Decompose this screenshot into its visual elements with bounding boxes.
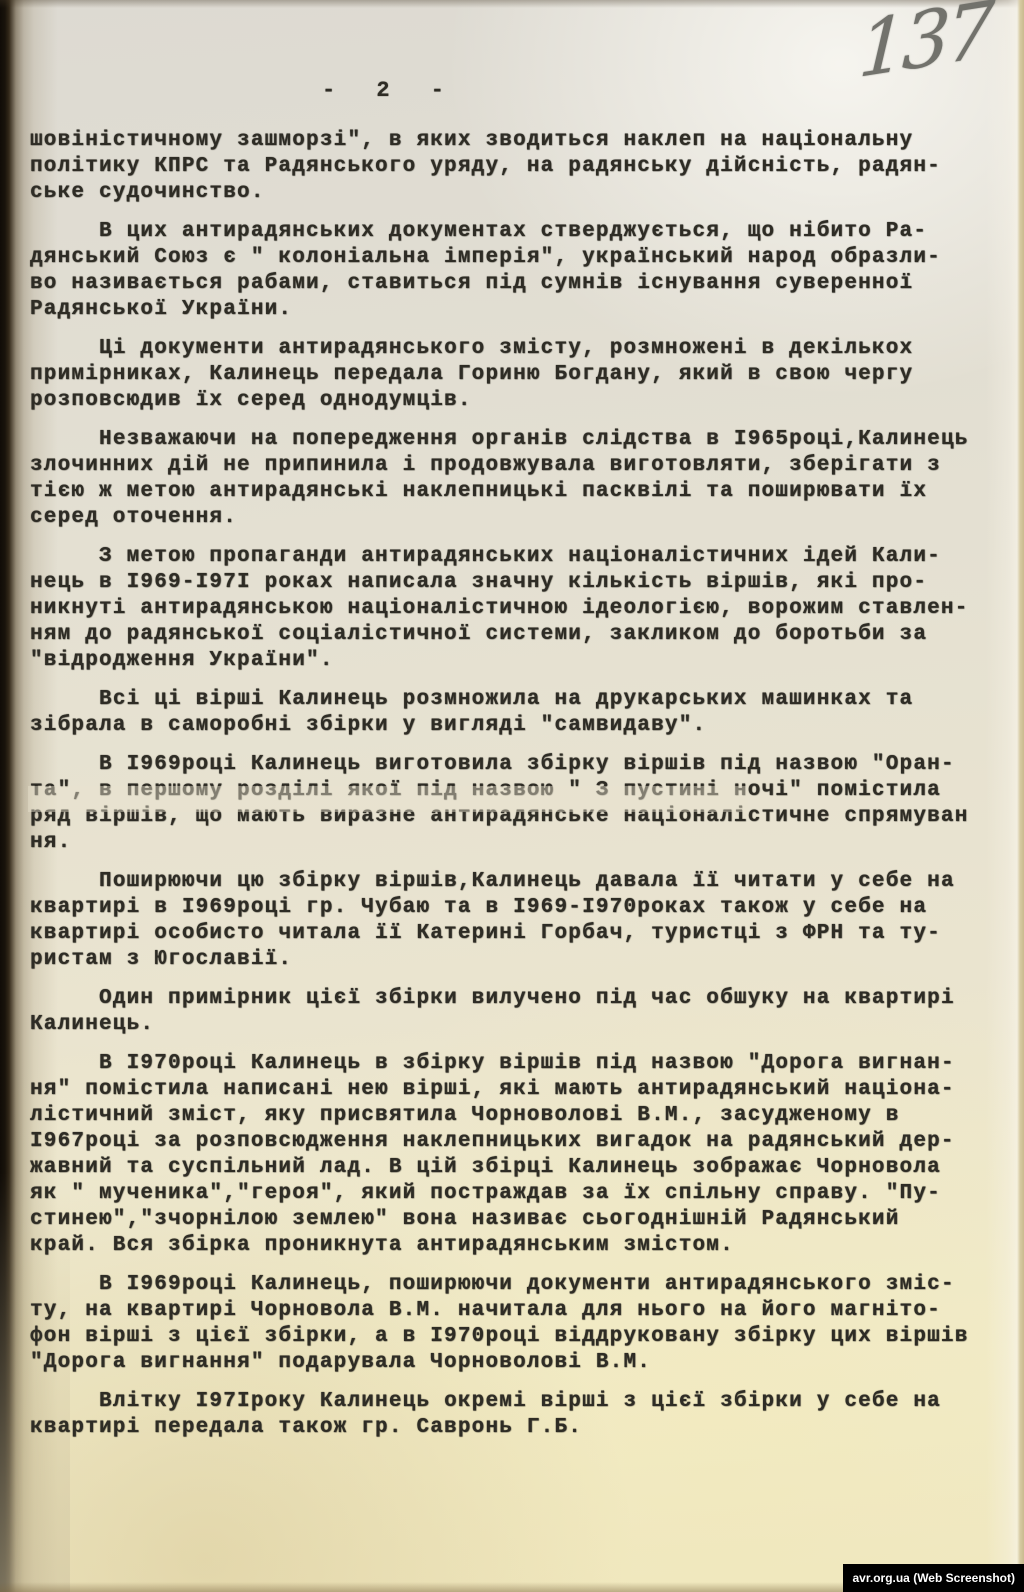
paragraph: Поширюючи цю збірку віршів,Калинець дава… xyxy=(30,869,998,973)
paragraph: В І970році Калинець в збірку віршів під … xyxy=(30,1051,998,1259)
paragraph: Один примірник цієї збірки вилучено під … xyxy=(30,986,998,1038)
paragraph: Всі ці вірші Калинець розмножила на друк… xyxy=(30,687,998,739)
paragraph: Незважаючи на попередження органів слідс… xyxy=(30,427,998,531)
paragraph: Ці документи антирадянського змісту, роз… xyxy=(30,336,998,414)
paragraph: В І969році Калинець, поширюючи документи… xyxy=(30,1272,998,1376)
handwritten-folio-number: 137 xyxy=(857,0,993,91)
paragraph: В І969році Калинець виготовила збірку ві… xyxy=(30,752,998,856)
paragraph: В цих антирадянських документах стверджу… xyxy=(30,219,998,323)
paragraph: шовіністичному зашморзі", в яких зводить… xyxy=(30,128,998,206)
paragraph: З метою пропаганди антирадянських націон… xyxy=(30,544,998,674)
scanned-document-page: 137 - 2 - шовіністичному зашморзі", в як… xyxy=(0,0,1024,1592)
document-body: шовіністичному зашморзі", в яких зводить… xyxy=(30,128,998,1454)
page-number: - 2 - xyxy=(322,78,458,103)
paragraph: Влітку І97Іроку Калинець окремі вірші з … xyxy=(30,1389,998,1441)
watermark-label: avr.org.ua (Web Screenshot) xyxy=(843,1564,1024,1592)
